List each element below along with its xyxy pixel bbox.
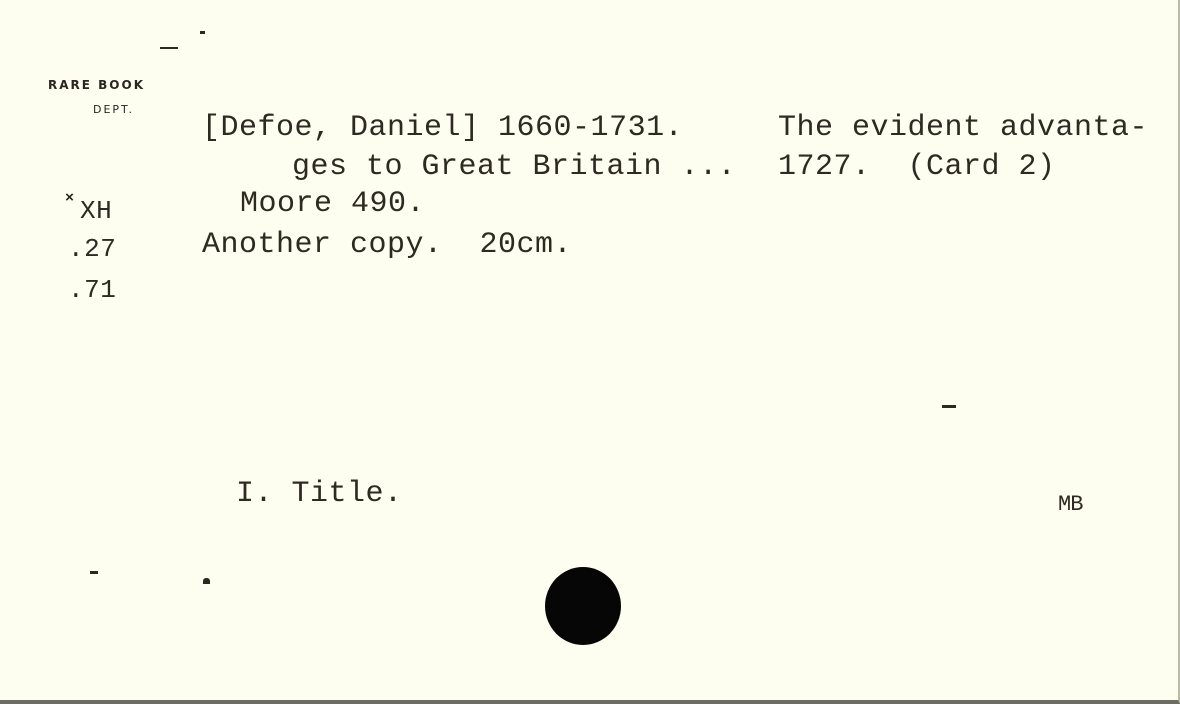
catalog-card: RARE BOOK DEPT. × XH .27 .71 [Defoe, Dan… (0, 0, 1180, 704)
copy-note: Another copy. 20cm. (202, 228, 572, 262)
tracing: I. Title. (236, 477, 403, 511)
heading-imprint: 1727. (Card 2) (778, 150, 1056, 184)
call-number-line-3: .71 (68, 275, 116, 305)
bibliographic-note: Moore 490. (240, 187, 425, 221)
ink-mark (90, 571, 98, 574)
ink-mark (942, 405, 956, 408)
call-number-mark: × (65, 190, 74, 207)
heading-title-cont: ges to Great Britain ... (292, 150, 736, 184)
department-stamp-dept: DEPT. (93, 103, 134, 116)
cataloger-initials: MB (1058, 492, 1082, 517)
ink-mark (203, 578, 210, 584)
department-stamp: RARE BOOK (48, 78, 145, 92)
ink-mark (160, 47, 178, 49)
call-number-line-1: XH (80, 196, 112, 226)
heading-title-start: The evident advanta- (778, 111, 1148, 145)
call-number-line-2: .27 (68, 234, 116, 264)
ink-mark (200, 31, 205, 34)
heading-author: [Defoe, Daniel] 1660-1731. (202, 111, 683, 145)
card-punch-hole (545, 567, 621, 645)
